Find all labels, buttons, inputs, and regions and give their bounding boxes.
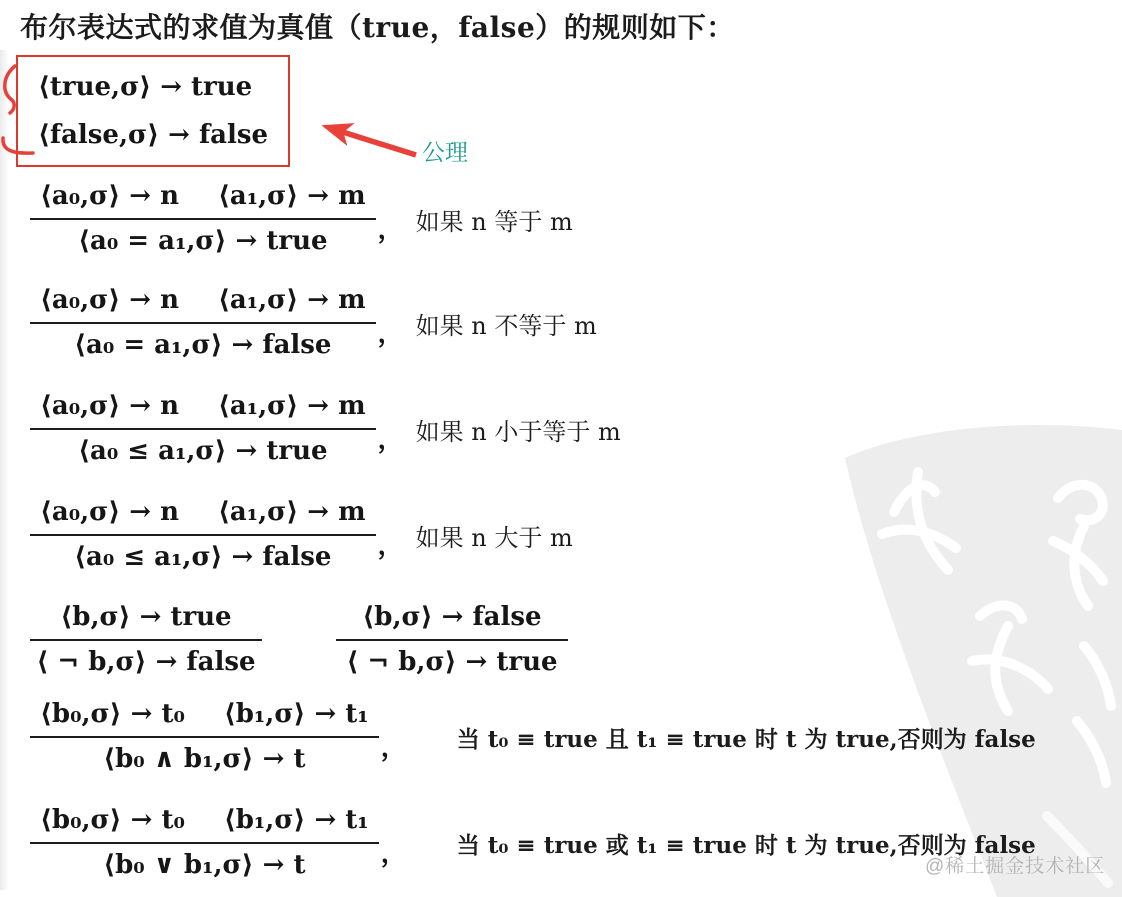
rule-conclusion: ⟨a₀ ≤ a₁,σ⟩ → false [30, 536, 376, 574]
rule-conclusion: ⟨b₀ ∧ b₁,σ⟩ → t [30, 738, 379, 776]
rule-eq-true: ⟨a₀,σ⟩ → n ⟨a₁,σ⟩ → m ⟨a₀ = a₁,σ⟩ → true… [30, 180, 573, 258]
rule-and: ⟨b₀,σ⟩ → t₀ ⟨b₁,σ⟩ → t₁ ⟨b₀ ∧ b₁,σ⟩ → t … [30, 698, 1036, 776]
page-title: 布尔表达式的求值为真值（true，false）的规则如下： [20, 6, 735, 46]
rule-not-false-fraction: ⟨b,σ⟩ → false ⟨ ¬ b,σ⟩ → true [336, 601, 568, 679]
rule-side-condition: 当 t₀ ≡ true 且 t₁ ≡ true 时 t 为 true,否则为 f… [457, 721, 1036, 754]
rule-premises: ⟨a₀,σ⟩ → n ⟨a₁,σ⟩ → m [30, 180, 376, 220]
comma: ， [378, 525, 404, 562]
red-pen-mark-icon [0, 58, 42, 168]
axiom-annotation-label: 公理 [422, 134, 468, 167]
rule-or: ⟨b₀,σ⟩ → t₀ ⟨b₁,σ⟩ → t₁ ⟨b₀ ∨ b₁,σ⟩ → t … [30, 804, 1036, 882]
rule-conclusion: ⟨ ¬ b,σ⟩ → true [336, 641, 568, 679]
fraction: ⟨a₀,σ⟩ → n ⟨a₁,σ⟩ → m ⟨a₀ ≤ a₁,σ⟩ → true [30, 390, 376, 468]
fraction: ⟨a₀,σ⟩ → n ⟨a₁,σ⟩ → m ⟨a₀ = a₁,σ⟩ → true [30, 180, 376, 258]
comma: ， [378, 209, 404, 246]
rule-eq-false: ⟨a₀,σ⟩ → n ⟨a₁,σ⟩ → m ⟨a₀ = a₁,σ⟩ → fals… [30, 284, 597, 362]
watermark-credit: @稀土掘金技术社区 [925, 851, 1105, 878]
scan-edge-shadow [0, 50, 9, 890]
rule-conclusion: ⟨ ¬ b,σ⟩ → false [30, 641, 262, 679]
rule-not-pair: ⟨b,σ⟩ → true ⟨ ¬ b,σ⟩ → false ⟨b,σ⟩ → fa… [30, 601, 568, 679]
rule-premises: ⟨b₀,σ⟩ → t₀ ⟨b₁,σ⟩ → t₁ [30, 698, 379, 738]
axiom-false-line: ⟨false,σ⟩ → false [38, 118, 288, 152]
rule-le-false: ⟨a₀,σ⟩ → n ⟨a₁,σ⟩ → m ⟨a₀ ≤ a₁,σ⟩ → fals… [30, 496, 573, 574]
rule-premises: ⟨a₀,σ⟩ → n ⟨a₁,σ⟩ → m [30, 390, 376, 430]
fraction: ⟨b₀,σ⟩ → t₀ ⟨b₁,σ⟩ → t₁ ⟨b₀ ∨ b₁,σ⟩ → t [30, 804, 379, 882]
rule-conclusion: ⟨a₀ ≤ a₁,σ⟩ → true [30, 430, 376, 468]
fraction: ⟨a₀,σ⟩ → n ⟨a₁,σ⟩ → m ⟨a₀ = a₁,σ⟩ → fals… [30, 284, 376, 362]
rule-premises: ⟨a₀,σ⟩ → n ⟨a₁,σ⟩ → m [30, 284, 376, 324]
fraction: ⟨b₀,σ⟩ → t₀ ⟨b₁,σ⟩ → t₁ ⟨b₀ ∧ b₁,σ⟩ → t [30, 698, 379, 776]
comma: ， [378, 313, 404, 350]
annotation-arrow-icon [298, 106, 430, 168]
axiom-box: ⟨true,σ⟩ → true ⟨false,σ⟩ → false [16, 55, 290, 167]
rule-side-condition: 如果 n 小于等于 m [416, 412, 621, 447]
rule-conclusion: ⟨a₀ = a₁,σ⟩ → true [30, 220, 376, 258]
fraction: ⟨a₀,σ⟩ → n ⟨a₁,σ⟩ → m ⟨a₀ ≤ a₁,σ⟩ → fals… [30, 496, 376, 574]
rule-premises: ⟨b,σ⟩ → false [336, 601, 568, 641]
comma: ， [381, 727, 407, 764]
document-page: 布尔表达式的求值为真值（true，false）的规则如下： ⟨true,σ⟩ →… [0, 0, 1122, 897]
axiom-true-line: ⟨true,σ⟩ → true [38, 70, 288, 104]
rule-not-true-fraction: ⟨b,σ⟩ → true ⟨ ¬ b,σ⟩ → false [30, 601, 262, 679]
rule-side-condition: 如果 n 大于 m [416, 518, 573, 553]
rule-side-condition: 如果 n 不等于 m [416, 306, 597, 341]
rule-premises: ⟨a₀,σ⟩ → n ⟨a₁,σ⟩ → m [30, 496, 376, 536]
comma: ， [381, 833, 407, 870]
rule-conclusion: ⟨b₀ ∨ b₁,σ⟩ → t [30, 844, 379, 882]
comma: ， [378, 419, 404, 456]
rule-le-true: ⟨a₀,σ⟩ → n ⟨a₁,σ⟩ → m ⟨a₀ ≤ a₁,σ⟩ → true… [30, 390, 621, 468]
rule-premises: ⟨b,σ⟩ → true [30, 601, 262, 641]
rule-premises: ⟨b₀,σ⟩ → t₀ ⟨b₁,σ⟩ → t₁ [30, 804, 379, 844]
rule-conclusion: ⟨a₀ = a₁,σ⟩ → false [30, 324, 376, 362]
rule-side-condition: 如果 n 等于 m [416, 202, 573, 237]
